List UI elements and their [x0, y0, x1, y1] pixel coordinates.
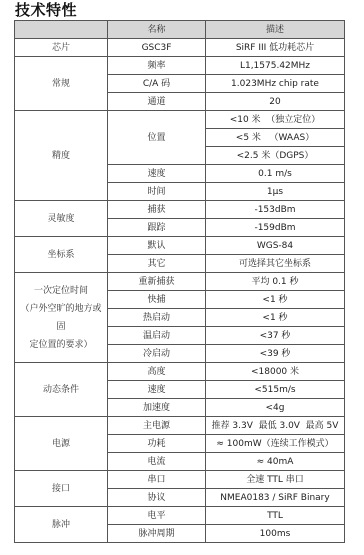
spec-desc: 平均 0.1 秒 [206, 273, 345, 291]
spec-name: 温启动 [108, 327, 206, 345]
spec-desc: <39 秒 [206, 345, 345, 363]
spec-name: 通道 [108, 93, 206, 111]
spec-name: 捕获 [108, 201, 206, 219]
spec-desc: 20 [206, 93, 345, 111]
spec-desc: TTL [206, 507, 345, 525]
spec-name: 脉冲周期 [108, 525, 206, 543]
spec-desc: <4g [206, 399, 345, 417]
spec-name: 协议 [108, 489, 206, 507]
spec-name: GSC3F [108, 39, 206, 57]
spec-name: 电平 [108, 507, 206, 525]
spec-desc: <5 米 （WAAS） [206, 129, 345, 147]
category-ttff: 一次定位时间 （户外空旷的地方或固 定位置的要求） [15, 273, 108, 363]
spec-desc: <1 秒 [206, 309, 345, 327]
category-sensitivity: 灵敏度 [15, 201, 108, 237]
spec-desc: 0.1 m/s [206, 165, 345, 183]
table-row: 坐标系 默认 WGS-84 [15, 237, 345, 255]
spec-desc: <18000 米 [206, 363, 345, 381]
spec-desc: <2.5 米（DGPS） [206, 147, 345, 165]
spec-name: 频率 [108, 57, 206, 75]
spec-name: 时间 [108, 183, 206, 201]
category-interface: 接口 [15, 471, 108, 507]
spec-name: 位置 [108, 111, 206, 165]
table-header-row: 名称 描述 [15, 21, 345, 39]
category-ttff-line-2: （户外空旷的地方或固 [17, 300, 105, 336]
table-row: 电源 主电源 推荐 3.3V 最低 3.0V 最高 5V [15, 417, 345, 435]
spec-name: 加速度 [108, 399, 206, 417]
table-row: 脉冲 电平 TTL [15, 507, 345, 525]
table-row: 精度 位置 <10 米 （独立定位） [15, 111, 345, 129]
spec-desc: L1,1575.42MHz [206, 57, 345, 75]
header-name: 名称 [108, 21, 206, 39]
spec-name: 其它 [108, 255, 206, 273]
spec-name: 串口 [108, 471, 206, 489]
spec-desc: 1.023MHz chip rate [206, 75, 345, 93]
category-ttff-line-1: 一次定位时间 [17, 282, 105, 300]
spec-name: 电流 [108, 453, 206, 471]
table-row: 动态条件 高度 <18000 米 [15, 363, 345, 381]
spec-desc: 可选择其它坐标系 [206, 255, 345, 273]
table-row: 灵敏度 捕获 -153dBm [15, 201, 345, 219]
spec-desc: 推荐 3.3V 最低 3.0V 最高 5V [206, 417, 345, 435]
spec-name: 冷启动 [108, 345, 206, 363]
spec-desc: <515m/s [206, 381, 345, 399]
spec-name: C/A 码 [108, 75, 206, 93]
spec-name: 重新捕获 [108, 273, 206, 291]
spec-table: 名称 描述 芯片 GSC3F SiRF III 低功耗芯片 常规 频率 L1,1… [14, 20, 345, 543]
spec-desc: <37 秒 [206, 327, 345, 345]
spec-desc: ≈ 100mW（连续工作模式） [206, 435, 345, 453]
table-row: 一次定位时间 （户外空旷的地方或固 定位置的要求） 重新捕获 平均 0.1 秒 [15, 273, 345, 291]
category-general: 常规 [15, 57, 108, 111]
category-coordinate-system: 坐标系 [15, 237, 108, 273]
spec-name: 跟踪 [108, 219, 206, 237]
spec-name: 默认 [108, 237, 206, 255]
header-description: 描述 [206, 21, 345, 39]
spec-desc: ≈ 40mA [206, 453, 345, 471]
table-row: 接口 串口 全速 TTL 串口 [15, 471, 345, 489]
spec-name: 热启动 [108, 309, 206, 327]
spec-name: 速度 [108, 381, 206, 399]
table-row: 常规 频率 L1,1575.42MHz [15, 57, 345, 75]
spec-desc: <1 秒 [206, 291, 345, 309]
table-row: 芯片 GSC3F SiRF III 低功耗芯片 [15, 39, 345, 57]
page-title: 技术特性 [15, 1, 77, 19]
spec-desc: NMEA0183 / SiRF Binary [206, 489, 345, 507]
spec-desc: SiRF III 低功耗芯片 [206, 39, 345, 57]
spec-desc: 全速 TTL 串口 [206, 471, 345, 489]
spec-desc: WGS-84 [206, 237, 345, 255]
spec-name: 功耗 [108, 435, 206, 453]
spec-desc: 100ms [206, 525, 345, 543]
spec-name: 速度 [108, 165, 206, 183]
category-chip: 芯片 [15, 39, 108, 57]
category-pulse: 脉冲 [15, 507, 108, 543]
spec-name: 主电源 [108, 417, 206, 435]
spec-name: 快捕 [108, 291, 206, 309]
spec-desc: -153dBm [206, 201, 345, 219]
spec-name: 高度 [108, 363, 206, 381]
header-category [15, 21, 108, 39]
category-ttff-line-3: 定位置的要求） [17, 336, 105, 354]
spec-desc: -159dBm [206, 219, 345, 237]
category-accuracy: 精度 [15, 111, 108, 201]
category-dynamics: 动态条件 [15, 363, 108, 417]
spec-desc: 1μs [206, 183, 345, 201]
spec-desc: <10 米 （独立定位） [206, 111, 345, 129]
category-power: 电源 [15, 417, 108, 471]
